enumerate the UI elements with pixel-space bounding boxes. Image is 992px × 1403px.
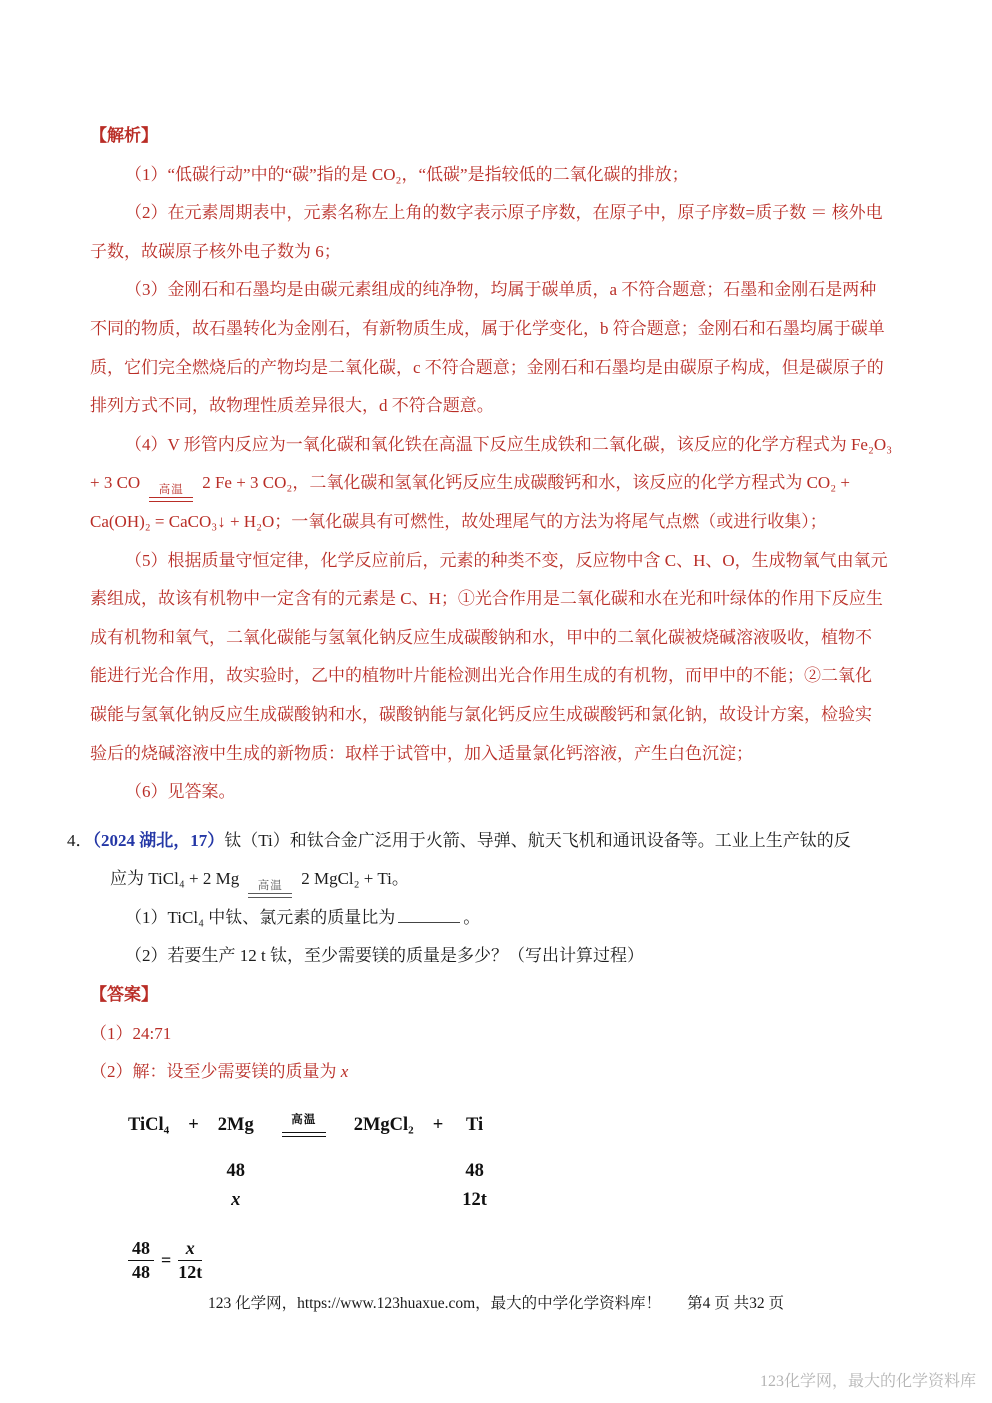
- unknown-variable: x: [341, 1062, 349, 1081]
- product-ti: Ti: [466, 1113, 483, 1137]
- answer-line-1: （1）24:71: [90, 1015, 920, 1054]
- analysis-line-4a: （4）V 形管内反应为一氧化碳和氧化铁在高温下反应生成铁和二氧化碳，该反应的化学…: [90, 426, 920, 465]
- question-equation-right: 2 MgCl₂ + Ti。: [301, 869, 409, 888]
- reaction-condition: 高温: [149, 484, 193, 502]
- numerator: x: [178, 1238, 202, 1261]
- double-equals-line: [282, 1132, 326, 1137]
- question-line-2: 应为 TiCl₄ + 2 Mg高温2 MgCl₂ + Ti。: [90, 860, 920, 899]
- analysis-line-5a: （5）根据质量守恒定律，化学反应前后，元素的种类不变，反应物中含 C、H、O，生…: [90, 542, 920, 581]
- molar-mass-mg: 48: [226, 1142, 245, 1183]
- question-part-1-text: （1）TiCl₄ 中钛、氯元素的质量比为: [125, 908, 395, 927]
- answer-line-2-text: （2）解：设至少需要镁的质量为: [90, 1062, 341, 1081]
- condition-label: 高温: [282, 1108, 326, 1132]
- condition-label: 高温: [149, 484, 193, 497]
- watermark-text: 123化学网，最大的化学资料库: [760, 1368, 976, 1391]
- analysis-line-5d: 能进行光合作用，故实验时，乙中的植物叶片能检测出光合作用生成的有机物，而甲中的不…: [90, 657, 920, 696]
- analysis-line-2a: （2）在元素周期表中，元素名称左上角的数字表示原子序数，在原子中，原子序数=质子…: [90, 194, 920, 233]
- document-content: 【解析】 （1）“低碳行动”中的“碳”指的是 CO₂，“低碳”是指较低的二氧化碳…: [90, 117, 920, 1283]
- analysis-line-3d: 排列方式不同，故物理性质差异很大，d 不符合题意。: [90, 387, 920, 426]
- fraction-right: x12t: [178, 1238, 202, 1283]
- footer-page-number: 第4 页 共32 页: [687, 1295, 784, 1312]
- question-source-tag: （2024 湖北，17）: [93, 831, 225, 850]
- condition-label: 高温: [248, 880, 292, 893]
- fraction-left: 4848: [128, 1238, 154, 1283]
- page-footer: 123 化学网，https://www.123huaxue.com，最大的中学化…: [0, 1291, 992, 1313]
- reaction-condition: 高温: [282, 1108, 326, 1137]
- analysis-line-3b: 不同的物质，故石墨转化为金刚石，有新物质生成，属于化学变化，b 符合题意；金刚石…: [90, 310, 920, 349]
- question-part-1: （1）TiCl₄ 中钛、氯元素的质量比为。: [90, 899, 920, 938]
- analysis-line-1: （1）“低碳行动”中的“碳”指的是 CO₂，“低碳”是指较低的二氧化碳的排放；: [90, 156, 920, 195]
- unknown-mass-x: x: [231, 1188, 240, 1212]
- analysis-line-5f: 验后的烧碱溶液中生成的新物质：取样于试管中，加入适量氯化钙溶液，产生白色沉淀；: [90, 735, 920, 774]
- answer-line-2: （2）解：设至少需要镁的质量为 x: [90, 1053, 920, 1092]
- numerator: 48: [128, 1238, 154, 1261]
- double-equals-line: [149, 497, 193, 502]
- question-equation-left: 应为 TiCl₄ + 2 Mg: [110, 869, 239, 888]
- analysis-line-3a: （3）金刚石和石墨均是由碳元素组成的纯净物，均属于碳单质，a 不符合题意；石墨和…: [90, 271, 920, 310]
- analysis-line-2b: 子数，故碳原子核外电子数为 6；: [90, 233, 920, 272]
- analysis-line-4b: + 3 CO高温2 Fe + 3 CO₂，二氧化碳和氢氧化钙反应生成碳酸钙和水，…: [90, 464, 920, 503]
- stoichiometry-equation: TiCl₄ + 2Mg 高温 2MgCl₂ + Ti 48 48 x 12t: [128, 1108, 920, 1212]
- analysis-line-3c: 质，它们完全燃烧后的产物均是二氧化碳，c 不符合题意；金刚石和石墨均是由碳原子构…: [90, 349, 920, 388]
- denominator: 48: [128, 1261, 154, 1283]
- proportion-equation: 4848=x12t: [128, 1238, 920, 1283]
- plus-sign: +: [188, 1113, 199, 1137]
- document-page: 【解析】 （1）“低碳行动”中的“碳”指的是 CO₂，“低碳”是指较低的二氧化碳…: [0, 0, 992, 1403]
- analysis-line-5e: 碳能与氢氧化钠反应生成碳酸钠和水，碳酸钠能与氯化钙反应生成碳酸钙和氯化钠，故设计…: [90, 696, 920, 735]
- denominator: 12t: [178, 1261, 202, 1283]
- reactant-ticl4: TiCl₄: [128, 1113, 169, 1137]
- equation-right: 2 Fe + 3 CO₂，二氧化碳和氢氧化钙反应生成碳酸钙和水，该反应的化学方程…: [202, 473, 850, 492]
- plus-sign: +: [433, 1113, 444, 1137]
- reaction-condition: 高温: [248, 880, 292, 898]
- footer-site-info: 123 化学网，https://www.123huaxue.com，最大的中学化…: [208, 1295, 661, 1312]
- given-mass-12t: 12t: [462, 1188, 487, 1212]
- analysis-line-5b: 素组成，故该有机物中一定含有的元素是 C、H；①光合作用是二氧化碳和水在光和叶绿…: [90, 580, 920, 619]
- analysis-line-5c: 成有机物和氧气，二氧化碳能与氢氧化钠反应生成碳酸钠和水，甲中的二氧化碳被烧碱溶液…: [90, 619, 920, 658]
- question-part-1-period: 。: [463, 908, 480, 927]
- question-part-2: （2）若要生产 12 t 钛，至少需要镁的质量是多少？（写出计算过程）: [90, 937, 920, 976]
- analysis-line-6: （6）见答案。: [90, 773, 920, 812]
- answer-header: 【答案】: [90, 976, 920, 1015]
- question-number: 4．: [67, 831, 93, 850]
- answer-blank-line: [398, 909, 460, 923]
- product-mgcl2: 2MgCl₂: [354, 1113, 414, 1137]
- question-intro: 钛（Ti）和钛合金广泛用于火箭、导弹、航天飞机和通讯设备等。工业上生产钛的反: [224, 831, 851, 850]
- analysis-line-4c: Ca(OH)₂ = CaCO₃↓ + H₂O；一氧化碳具有可燃性，故处理尾气的方…: [90, 503, 920, 542]
- equals-sign: =: [161, 1250, 171, 1271]
- molar-mass-ti: 48: [465, 1142, 484, 1183]
- analysis-header: 【解析】: [90, 117, 920, 156]
- reactant-mg: 2Mg: [218, 1113, 254, 1137]
- question-line-1: 4．（2024 湖北，17）钛（Ti）和钛合金广泛用于火箭、导弹、航天飞机和通讯…: [67, 822, 920, 861]
- equation-left: + 3 CO: [90, 473, 140, 492]
- double-equals-line: [248, 893, 292, 898]
